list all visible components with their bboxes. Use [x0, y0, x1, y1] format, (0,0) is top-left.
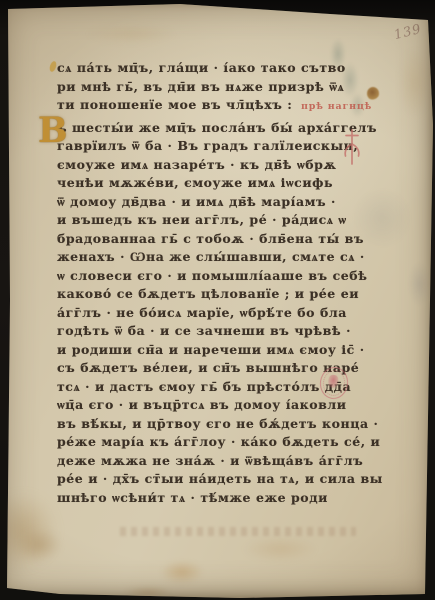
manuscript-line: а́гг̄лъ · не бо́исѧ марїе, ѡбрѣ́те бо бл…: [57, 305, 347, 321]
text-block: сѧ па́ть мц̄ъ, гла́щи · і́ако тако сътво…: [0, 0, 435, 600]
manuscript-line: и въшедъ къ неи агг̄лъ, ре́ · ра́дисѧ ѡ: [57, 212, 347, 228]
manuscript-line: шнѣго ѡсѣни́т тѧ · тѣ́мже еже роди: [57, 490, 328, 506]
manuscript-line: съ бѫдетъ ве́леи, и сн̄ъ вышнѣго наре́: [57, 360, 359, 375]
manuscript-page: 139 сѧ па́ть мц̄ъ, гла́щи · і́ако тако с…: [0, 0, 435, 600]
manuscript-line: гаврїилъ ѿ б̄а · Въ градъ галїлеискыи,: [57, 138, 358, 154]
manuscript-line: ре́е и · дх̄ъ ст̄ыи на́идеть на тѧ, и си…: [57, 471, 383, 487]
manuscript-line: ѡ словеси єго · и помышлі́ааше въ себѣ: [57, 268, 367, 284]
manuscript-line: тсѧ · и дастъ ємоу гь̄ б̄ъ прѣсто́лъ дд̄…: [57, 379, 351, 395]
manuscript-line: и родиши сн̄а и наречеши имѧ ємоу іс̄ ·: [57, 342, 365, 358]
manuscript-line: ѿ домоу дв̄два · и имѧ дв̄ѣ марі́амъ ·: [57, 194, 336, 210]
manuscript-line: ре́же марі́а къ а́гг̄лоу · ка́ко бѫдеть …: [57, 434, 380, 449]
manuscript-line: ъ шесты́и же мц̄ъ посла́нъ бы́ арха́ггел…: [57, 120, 377, 135]
manuscript-line: ѡц̄а єго · и въцр̄тсѧ въ домоу і́аковли: [57, 397, 347, 413]
drop-cap-initial: В: [38, 112, 68, 150]
manuscript-line: каково́ се бѫдетъ цѣлованїе ; и ре́е еи: [57, 286, 359, 301]
manuscript-line: сѧ па́ть мц̄ъ, гла́щи · і́ако тако сътво: [57, 60, 346, 76]
manuscript-line: ємоуже имѧ назаре́тъ · къ дв̄ѣ ѡбрѫ: [57, 157, 337, 173]
stamp-emblem: [327, 374, 339, 388]
manuscript-photo: 139 сѧ па́ть мц̄ъ, гла́щи · і́ако тако с…: [0, 0, 435, 600]
margin-cross-icon: [341, 126, 363, 168]
manuscript-line: деже мѫжа не зна́ѫ · и ѿвѣща́въ а́гг̄лъ: [57, 453, 363, 469]
manuscript-line: ри мнѣ гь̄, въ дн̄и въ нѧже призрѣ ѿѧ: [57, 79, 344, 95]
manuscript-line: ти поношенїе мое въ чл̄цѣхъ :: [57, 97, 292, 112]
manuscript-line: годѣть ѿ б̄а · и се зачнеши въ чрѣвѣ ·: [57, 323, 351, 339]
manuscript-line: брадованнаа гь̄ с тобоѫ · блв̄ена ты́ въ: [57, 231, 364, 246]
manuscript-line: женахъ · Ѡна же слы́шавши, смѧте сѧ ·: [57, 249, 365, 265]
manuscript-line: ченѣи мѫже́ви, ємоуже имѧ іѡсифь: [57, 175, 333, 191]
marginal-rubric: прѣ нагнцѣ: [301, 101, 372, 112]
manuscript-line: въ вѣ́кы, и цр̄твоу єго не бѫ́детъ конца…: [57, 416, 378, 431]
